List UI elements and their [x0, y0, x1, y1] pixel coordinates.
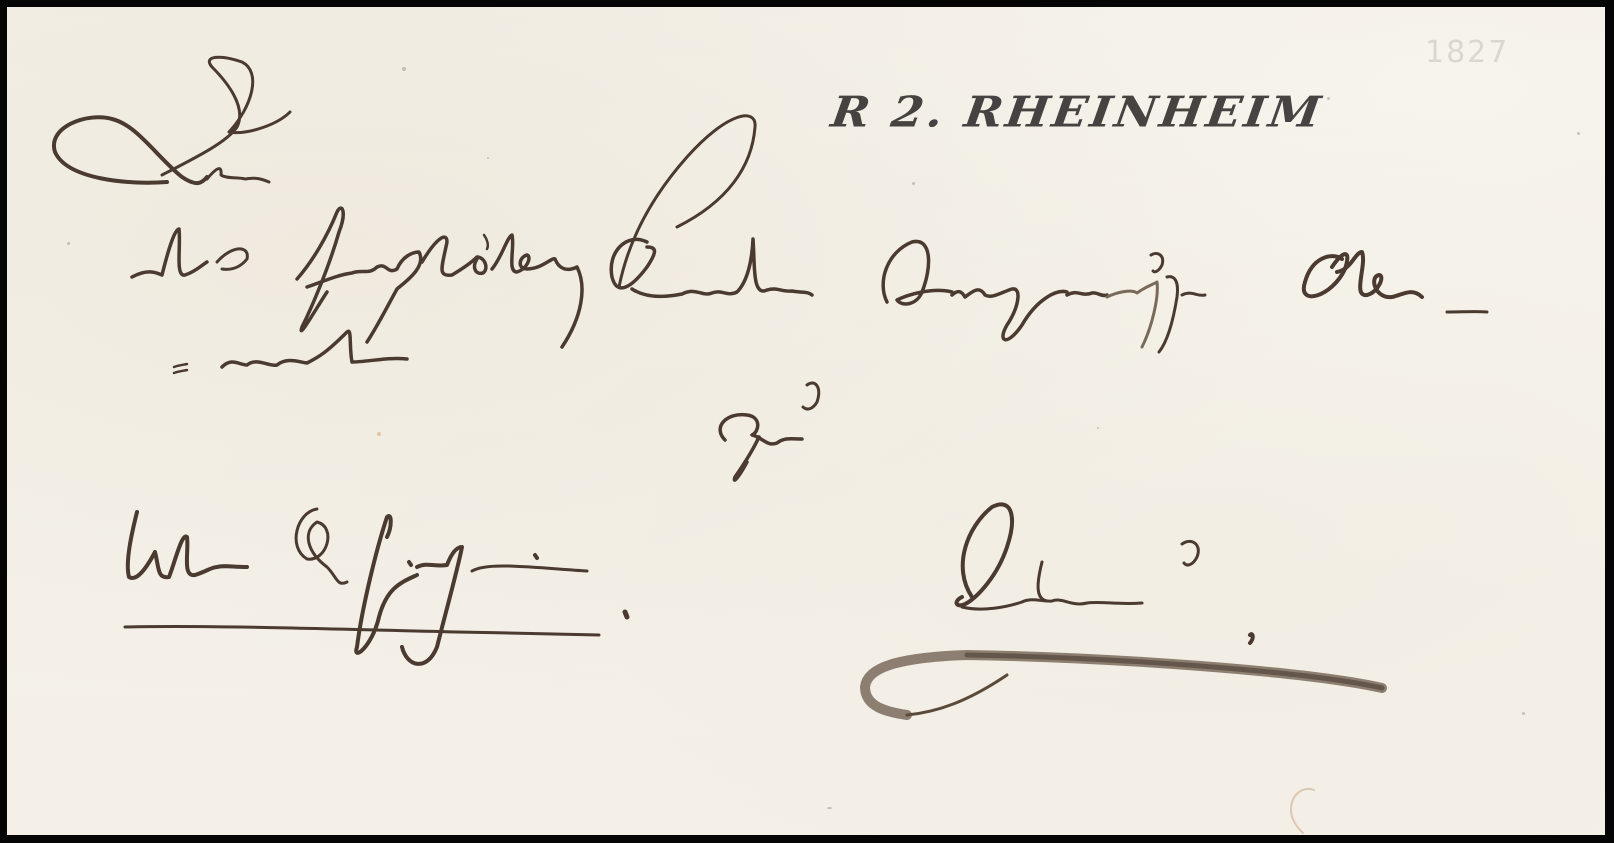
word-aarau — [957, 504, 1253, 643]
word-amt — [174, 331, 407, 373]
scan-border: 1827 R 2. RHEINHEIM — [0, 0, 1614, 843]
word-zu — [720, 383, 819, 480]
routing-ueber-zuerich — [125, 509, 627, 664]
faint-mark — [1291, 789, 1314, 833]
word-ober — [1304, 252, 1487, 312]
word-hochloebl — [297, 208, 582, 347]
word-des — [132, 229, 247, 277]
word-kantons — [611, 116, 812, 297]
word-aargauischen — [883, 241, 1205, 352]
word-den — [54, 57, 290, 183]
letter-paper: 1827 R 2. RHEINHEIM — [7, 7, 1605, 835]
flourish-underline — [865, 655, 1382, 715]
handwriting — [7, 7, 1605, 835]
